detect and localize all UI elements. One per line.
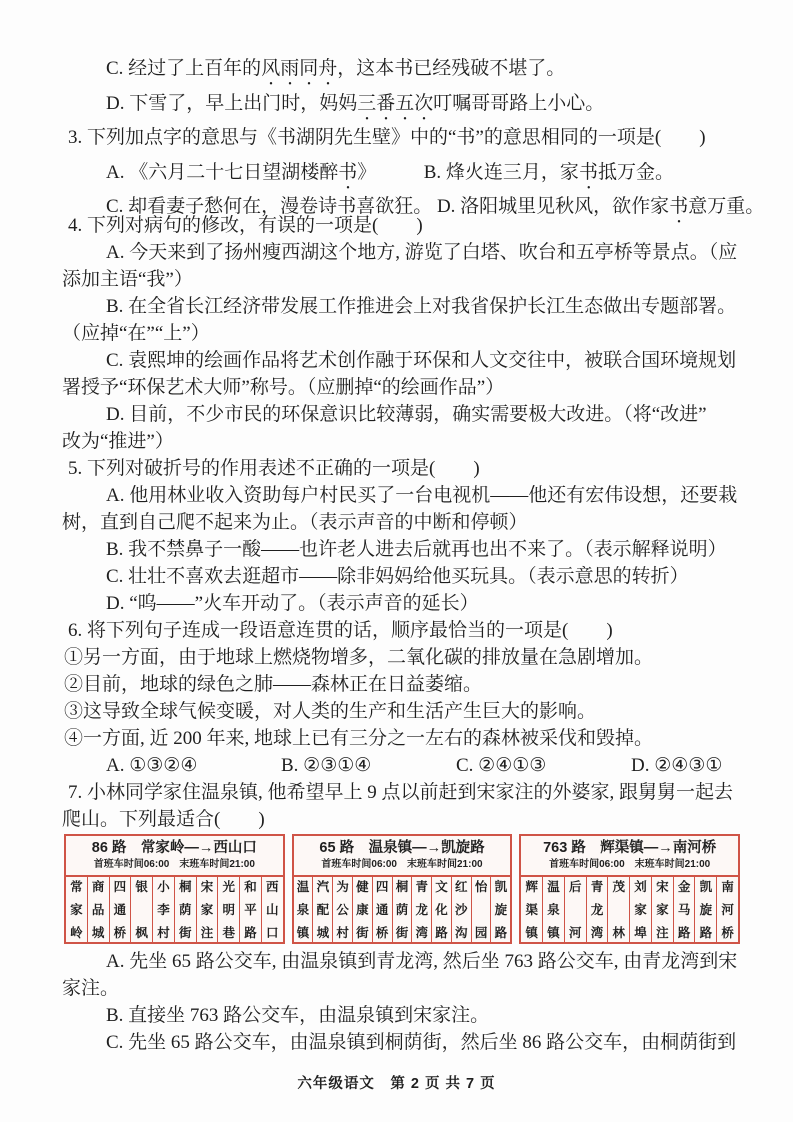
stop-char: 文 xyxy=(435,881,448,894)
stop-char: 青 xyxy=(591,881,604,894)
question-text-line: C. 先坐 65 路公交车，由温泉镇到桐荫街，然后坐 86 路公交车，由桐荫街到 xyxy=(62,1029,752,1056)
bus-route-tables: 86 路 常家岭—→西山口首班车时间06:00 末班车时间21:00常家岭商品城… xyxy=(64,834,740,944)
question-section-bottom: A. 先坐 65 路公交车, 由温泉镇到青龙湾, 然后坐 763 路公交车, 由… xyxy=(62,948,752,1056)
emphasized-text: 书 xyxy=(579,162,598,183)
stop-char: 温 xyxy=(297,881,310,894)
text-segment: ③这导致全球气候变暖，对人类的生产和生活产生巨大的影响。 xyxy=(64,701,596,722)
route-stop: 金马路 xyxy=(674,877,696,944)
stop-char: 平 xyxy=(244,904,257,917)
text-segment: A. ①③②④ xyxy=(106,752,281,779)
stop-char: 凯 xyxy=(700,881,713,894)
stop-char: 城 xyxy=(317,927,330,940)
stop-char: 刘 xyxy=(634,881,647,894)
stop-char: 桥 xyxy=(114,927,127,940)
route-stops-row: 温泉镇汽配城为公村健康街四通桥桐荫街青龙湾文化路红沙沟怡园凯旋路 xyxy=(294,877,511,944)
text-segment: B. 在全省长江经济带发展工作推进会上对我省保护长江生态做出专题部署。 xyxy=(106,296,736,317)
stop-char: 路 xyxy=(435,927,448,940)
page-footer: 六年级语文 第 2 页 共 7 页 xyxy=(0,1072,793,1093)
stop-char: 青 xyxy=(415,881,428,894)
text-segment: 4. 下列对病句的修改，有误的一项是( ) xyxy=(68,215,423,236)
stop-char: 家 xyxy=(201,904,214,917)
text-segment: C. 经过了上百年的 xyxy=(106,58,261,79)
emphasized-text: 书 xyxy=(338,162,357,183)
text-segment: A. 今天来到了扬州瘦西湖这个地方, 游览了白塔、吹台和五亭桥等景点。（应 xyxy=(106,242,737,263)
text-segment: ④一方面, 近 200 年来, 地球上已有三分之一左右的森林被采伐和毁掉。 xyxy=(64,728,653,749)
text-segment: 5. 下列对破折号的作用表述不正确的一项是( ) xyxy=(68,458,480,479)
route-stop: 和平路 xyxy=(240,877,262,944)
stop-char: 路 xyxy=(700,927,713,940)
route-stop: 凯旋路 xyxy=(491,877,510,944)
stop-char: 荫 xyxy=(396,904,409,917)
stop-char: 镇 xyxy=(547,927,560,940)
stop-char: 常 xyxy=(70,881,83,894)
emphasized-text: 三番五次 xyxy=(357,93,433,114)
stop-char: 和 xyxy=(244,881,257,894)
bus-route-table: 65 路 温泉镇—→凯旋路首班车时间06:00 末班车时间21:00温泉镇汽配城… xyxy=(292,834,513,944)
stop-char: 街 xyxy=(179,927,192,940)
route-title: 86 路 常家岭—→西山口 xyxy=(66,836,283,856)
route-stop: 四通桥 xyxy=(110,877,132,944)
stop-char: 怡 xyxy=(475,881,488,894)
stop-char: 通 xyxy=(114,904,127,917)
question-text-line: 3. 下列加点字的意思与《书湖阴先生壁》中的“书”的意思相同的一项是( ) xyxy=(62,121,752,156)
route-times: 首班车时间06:00 末班车时间21:00 xyxy=(66,856,283,877)
stop-char: 家 xyxy=(656,904,669,917)
text-segment: D. ②④③① xyxy=(631,752,722,779)
stop-char: 街 xyxy=(396,927,409,940)
route-stop: 桐荫街 xyxy=(175,877,197,944)
route-stop: 茂林 xyxy=(608,877,630,944)
question-text-line: 爬山。下列最适合( ) xyxy=(62,806,752,833)
stop-char: 桐 xyxy=(396,881,409,894)
route-times: 首班车时间06:00 末班车时间21:00 xyxy=(294,856,511,877)
route-stop: 刘家埠 xyxy=(630,877,652,944)
stop-char: 林 xyxy=(613,927,626,940)
route-stops-row: 常家岭商品城四通桥银枫小李村桐荫街宋家注光明巷和平路西山口 xyxy=(66,877,283,944)
stop-char: 街 xyxy=(356,927,369,940)
stop-char: 茂 xyxy=(613,881,626,894)
stop-char: 湾 xyxy=(591,927,604,940)
stop-char: 后 xyxy=(569,881,582,894)
text-segment: 改为“推进”） xyxy=(62,431,174,452)
text-segment: （应掉“在”“上”） xyxy=(62,323,210,344)
stop-char: 荫 xyxy=(179,904,192,917)
route-stop: 辉渠镇 xyxy=(521,877,543,944)
stop-char: 旋 xyxy=(700,904,713,917)
question-text-line: A. 他用林业收入资助每户村民买了一台电视机——他还有宏伟设想，还要栽 xyxy=(62,482,752,509)
stop-char: 南 xyxy=(721,881,734,894)
question-text-line: ②目前，地球的绿色之肺——森林正在日益萎缩。 xyxy=(62,671,752,698)
stop-char: 注 xyxy=(656,927,669,940)
text-segment: 》 B. 烽火连三月，家 xyxy=(357,162,579,183)
text-segment: D. “呜——”火车开动了。（表示声音的延长） xyxy=(106,593,479,614)
stop-char: 品 xyxy=(92,904,105,917)
stop-char: 渠 xyxy=(525,904,538,917)
text-segment: 署授予“环保艺术大师”称号。（应删掉“的绘画作品”） xyxy=(62,377,504,398)
text-segment: ②目前，地球的绿色之肺——森林正在日益萎缩。 xyxy=(64,674,482,695)
text-segment: C. 袁熙坤的绘画作品将艺术创作融于环保和人文交往中，被联合国环境规划 xyxy=(106,350,736,371)
stop-char: 巷 xyxy=(222,927,235,940)
question-text-line: B. 我不禁鼻子一酸——也许老人进去后就再也出不来了。（表示解释说明） xyxy=(62,536,752,563)
text-segment: 家注。 xyxy=(62,978,119,999)
question-text-line: 5. 下列对破折号的作用表述不正确的一项是( ) xyxy=(62,455,752,482)
question-text-line: 家注。 xyxy=(62,975,752,1002)
route-stop: 怡园 xyxy=(472,877,492,944)
route-stop: 银枫 xyxy=(131,877,153,944)
stop-char: 镇 xyxy=(297,927,310,940)
stop-char: 口 xyxy=(266,927,279,940)
text-segment: C. ②④①③ xyxy=(456,752,631,779)
route-stop: 宋家注 xyxy=(652,877,674,944)
stop-char: 银 xyxy=(135,881,148,894)
text-segment: D. 目前，不少市民的环保意识比较薄弱，确实需要极大改进。（将“改进” xyxy=(106,404,707,425)
emphasized-text: 风雨同舟 xyxy=(261,58,337,79)
stop-char: 四 xyxy=(376,881,389,894)
stop-char: 园 xyxy=(475,927,488,940)
question-text-line: 改为“推进”） xyxy=(62,428,752,455)
stop-char: 泉 xyxy=(547,904,560,917)
text-segment: 7. 小林同学家住温泉镇, 他希望早上 9 点以前赶到宋家注的外婆家, 跟舅舅一… xyxy=(68,782,733,803)
route-times: 首班车时间06:00 末班车时间21:00 xyxy=(521,856,738,877)
stop-char: 村 xyxy=(336,927,349,940)
text-segment: 添加主语“我”） xyxy=(62,269,193,290)
stop-char: 金 xyxy=(678,881,691,894)
stop-char: 湾 xyxy=(415,927,428,940)
question-section-top: C. 经过了上百年的风雨同舟，这本书已经残破不堪了。D. 下雪了，早上出门时，妈… xyxy=(62,52,752,225)
text-segment: A. 先坐 65 路公交车, 由温泉镇到青龙湾, 然后坐 763 路公交车, 由… xyxy=(106,951,737,972)
stop-char: 村 xyxy=(157,927,170,940)
question-text-line: ④一方面, 近 200 年来, 地球上已有三分之一左右的森林被采伐和毁掉。 xyxy=(62,725,752,752)
stop-char: 城 xyxy=(92,927,105,940)
route-stop: 南河桥 xyxy=(717,877,738,944)
stop-char: 辉 xyxy=(525,881,538,894)
route-stop: 后河 xyxy=(565,877,587,944)
question-text-line: C. 经过了上百年的风雨同舟，这本书已经残破不堪了。 xyxy=(62,52,752,87)
question-text-line: D. 目前，不少市民的环保意识比较薄弱，确实需要极大改进。（将“改进” xyxy=(62,401,752,428)
stop-char: 明 xyxy=(222,904,235,917)
stop-char: 温 xyxy=(547,881,560,894)
question-text-line: C. 壮壮不喜欢去逛超市——除非妈妈给他买玩具。（表示意思的转折） xyxy=(62,563,752,590)
text-segment: B. 我不禁鼻子一酸——也许老人进去后就再也出不来了。（表示解释说明） xyxy=(106,539,727,560)
stop-char: 通 xyxy=(376,904,389,917)
route-stop: 小李村 xyxy=(153,877,175,944)
stop-char: 红 xyxy=(455,881,468,894)
stop-char: 公 xyxy=(336,904,349,917)
stop-char: 康 xyxy=(356,904,369,917)
question-text-line: 树，直到自己爬不起来为止。（表示声音的中断和停顿） xyxy=(62,509,752,536)
stop-char: 山 xyxy=(266,904,279,917)
route-stop: 凯旋路 xyxy=(695,877,717,944)
route-stop: 西山口 xyxy=(262,877,283,944)
stop-char: 桐 xyxy=(179,881,192,894)
route-stop: 四通桥 xyxy=(373,877,393,944)
stop-char: 路 xyxy=(495,927,508,940)
stop-char: 光 xyxy=(222,881,235,894)
stop-char: 汽 xyxy=(317,881,330,894)
question-text-line: A. 先坐 65 路公交车, 由温泉镇到青龙湾, 然后坐 763 路公交车, 由… xyxy=(62,948,752,975)
stop-char: 埠 xyxy=(634,927,647,940)
route-stop: 温泉镇 xyxy=(294,877,314,944)
question-text-line: 7. 小林同学家住温泉镇, 他希望早上 9 点以前赶到宋家注的外婆家, 跟舅舅一… xyxy=(62,779,752,806)
question-text-line: A. 《六月二十七日望湖楼醉书》 B. 烽火连三月，家书抵万金。 xyxy=(62,156,752,191)
text-segment: 抵万金。 xyxy=(598,162,674,183)
question-text-line: 4. 下列对病句的修改，有误的一项是( ) xyxy=(62,212,752,239)
text-segment: C. 先坐 65 路公交车，由温泉镇到桐荫街，然后坐 86 路公交车，由桐荫街到 xyxy=(106,1032,736,1053)
route-stop: 文化路 xyxy=(432,877,452,944)
stop-char: 小 xyxy=(157,881,170,894)
stop-char: 凯 xyxy=(495,881,508,894)
stop-char: 桥 xyxy=(376,927,389,940)
bus-route-table: 763 路 辉渠镇—→南河桥首班车时间06:00 末班车时间21:00辉渠镇温泉… xyxy=(519,834,740,944)
stop-char: 马 xyxy=(678,904,691,917)
route-stop: 为公村 xyxy=(333,877,353,944)
question-text-line: B. 在全省长江经济带发展工作推进会上对我省保护长江生态做出专题部署。 xyxy=(62,293,752,320)
route-title: 65 路 温泉镇—→凯旋路 xyxy=(294,836,511,856)
question-section-middle: 4. 下列对病句的修改，有误的一项是( )A. 今天来到了扬州瘦西湖这个地方, … xyxy=(62,212,752,833)
text-segment: 树，直到自己爬不起来为止。（表示声音的中断和停顿） xyxy=(62,512,528,533)
question-text-line: （应掉“在”“上”） xyxy=(62,320,752,347)
stop-char: 路 xyxy=(244,927,257,940)
question-text-line: 6. 将下列句子连成一段语意连贯的话，顺序最恰当的一项是( ) xyxy=(62,617,752,644)
stop-char: 沟 xyxy=(455,927,468,940)
text-segment: 爬山。下列最适合( ) xyxy=(62,809,265,830)
stop-char: 镇 xyxy=(525,927,538,940)
route-stop: 商品城 xyxy=(88,877,110,944)
text-segment: ①另一方面，由于地球上燃烧物增多，二氧化碳的排放量在急剧增加。 xyxy=(64,647,653,668)
route-stop: 宋家注 xyxy=(197,877,219,944)
text-segment: A. 他用林业收入资助每户村民买了一台电视机——他还有宏伟设想，还要栽 xyxy=(106,485,737,506)
stop-char: 家 xyxy=(634,904,647,917)
stop-char: 宋 xyxy=(656,881,669,894)
stop-char: 配 xyxy=(317,904,330,917)
stop-char: 泉 xyxy=(297,904,310,917)
stop-char: 龙 xyxy=(415,904,428,917)
stop-char: 路 xyxy=(678,927,691,940)
stop-char: 河 xyxy=(569,927,582,940)
stop-char: 化 xyxy=(435,904,448,917)
question-text-line: 添加主语“我”） xyxy=(62,266,752,293)
stop-char: 旋 xyxy=(495,904,508,917)
question-text-line: D. “呜——”火车开动了。（表示声音的延长） xyxy=(62,590,752,617)
question-text-line: A. ①③②④B. ②③①④C. ②④①③D. ②④③① xyxy=(62,752,752,779)
text-segment: C. 壮壮不喜欢去逛超市——除非妈妈给他买玩具。（表示意思的转折） xyxy=(106,566,689,587)
stop-char: 为 xyxy=(336,881,349,894)
stop-char: 健 xyxy=(356,881,369,894)
stop-char: 沙 xyxy=(455,904,468,917)
stop-char: 岭 xyxy=(70,927,83,940)
text-segment: B. 直接坐 763 路公交车，由温泉镇到宋家注。 xyxy=(106,1005,489,1026)
route-stop: 青龙湾 xyxy=(587,877,609,944)
question-text-line: C. 袁熙坤的绘画作品将艺术创作融于环保和人文交往中，被联合国环境规划 xyxy=(62,347,752,374)
route-stop: 青龙湾 xyxy=(412,877,432,944)
text-segment: 3. 下列加点字的意思与《书湖阴先生壁》中的“书”的意思相同的一项是( ) xyxy=(68,127,706,148)
stop-char: 西 xyxy=(266,881,279,894)
route-stop: 红沙沟 xyxy=(452,877,472,944)
route-stop: 桐荫街 xyxy=(393,877,413,944)
text-segment: 6. 将下列句子连成一段语意连贯的话，顺序最恰当的一项是( ) xyxy=(68,620,613,641)
question-text-line: ①另一方面，由于地球上燃烧物增多，二氧化碳的排放量在急剧增加。 xyxy=(62,644,752,671)
stop-char: 宋 xyxy=(201,881,214,894)
route-stop: 光明巷 xyxy=(218,877,240,944)
stop-char: 家 xyxy=(70,904,83,917)
question-text-line: A. 今天来到了扬州瘦西湖这个地方, 游览了白塔、吹台和五亭桥等景点。（应 xyxy=(62,239,752,266)
route-stops-row: 辉渠镇温泉镇后河青龙湾茂林刘家埠宋家注金马路凯旋路南河桥 xyxy=(521,877,738,944)
question-text-line: ③这导致全球气候变暖，对人类的生产和生活产生巨大的影响。 xyxy=(62,698,752,725)
route-stop: 汽配城 xyxy=(313,877,333,944)
stop-char: 四 xyxy=(114,881,127,894)
text-segment: B. ②③①④ xyxy=(281,752,456,779)
stop-char: 枫 xyxy=(135,927,148,940)
route-stop: 常家岭 xyxy=(66,877,88,944)
stop-char: 龙 xyxy=(591,904,604,917)
text-segment: D. 下雪了，早上出门时，妈妈 xyxy=(106,93,357,114)
route-stop: 健康街 xyxy=(353,877,373,944)
question-text-line: D. 下雪了，早上出门时，妈妈三番五次叮嘱哥哥路上小心。 xyxy=(62,87,752,122)
route-stop: 温泉镇 xyxy=(543,877,565,944)
stop-char: 桥 xyxy=(721,927,734,940)
text-segment: ，这本书已经残破不堪了。 xyxy=(337,58,565,79)
text-segment: A. 《六月二十七日望湖楼醉 xyxy=(106,162,338,183)
question-text-line: 署授予“环保艺术大师”称号。（应删掉“的绘画作品”） xyxy=(62,374,752,401)
bus-route-table: 86 路 常家岭—→西山口首班车时间06:00 末班车时间21:00常家岭商品城… xyxy=(64,834,285,944)
stop-char: 商 xyxy=(92,881,105,894)
stop-char: 李 xyxy=(157,904,170,917)
stop-char: 注 xyxy=(201,927,214,940)
text-segment: 叮嘱哥哥路上小心。 xyxy=(433,93,604,114)
question-text-line: B. 直接坐 763 路公交车，由温泉镇到宋家注。 xyxy=(62,1002,752,1029)
stop-char: 河 xyxy=(721,904,734,917)
exam-page: C. 经过了上百年的风雨同舟，这本书已经残破不堪了。D. 下雪了，早上出门时，妈… xyxy=(0,0,793,1122)
route-title: 763 路 辉渠镇—→南河桥 xyxy=(521,836,738,856)
